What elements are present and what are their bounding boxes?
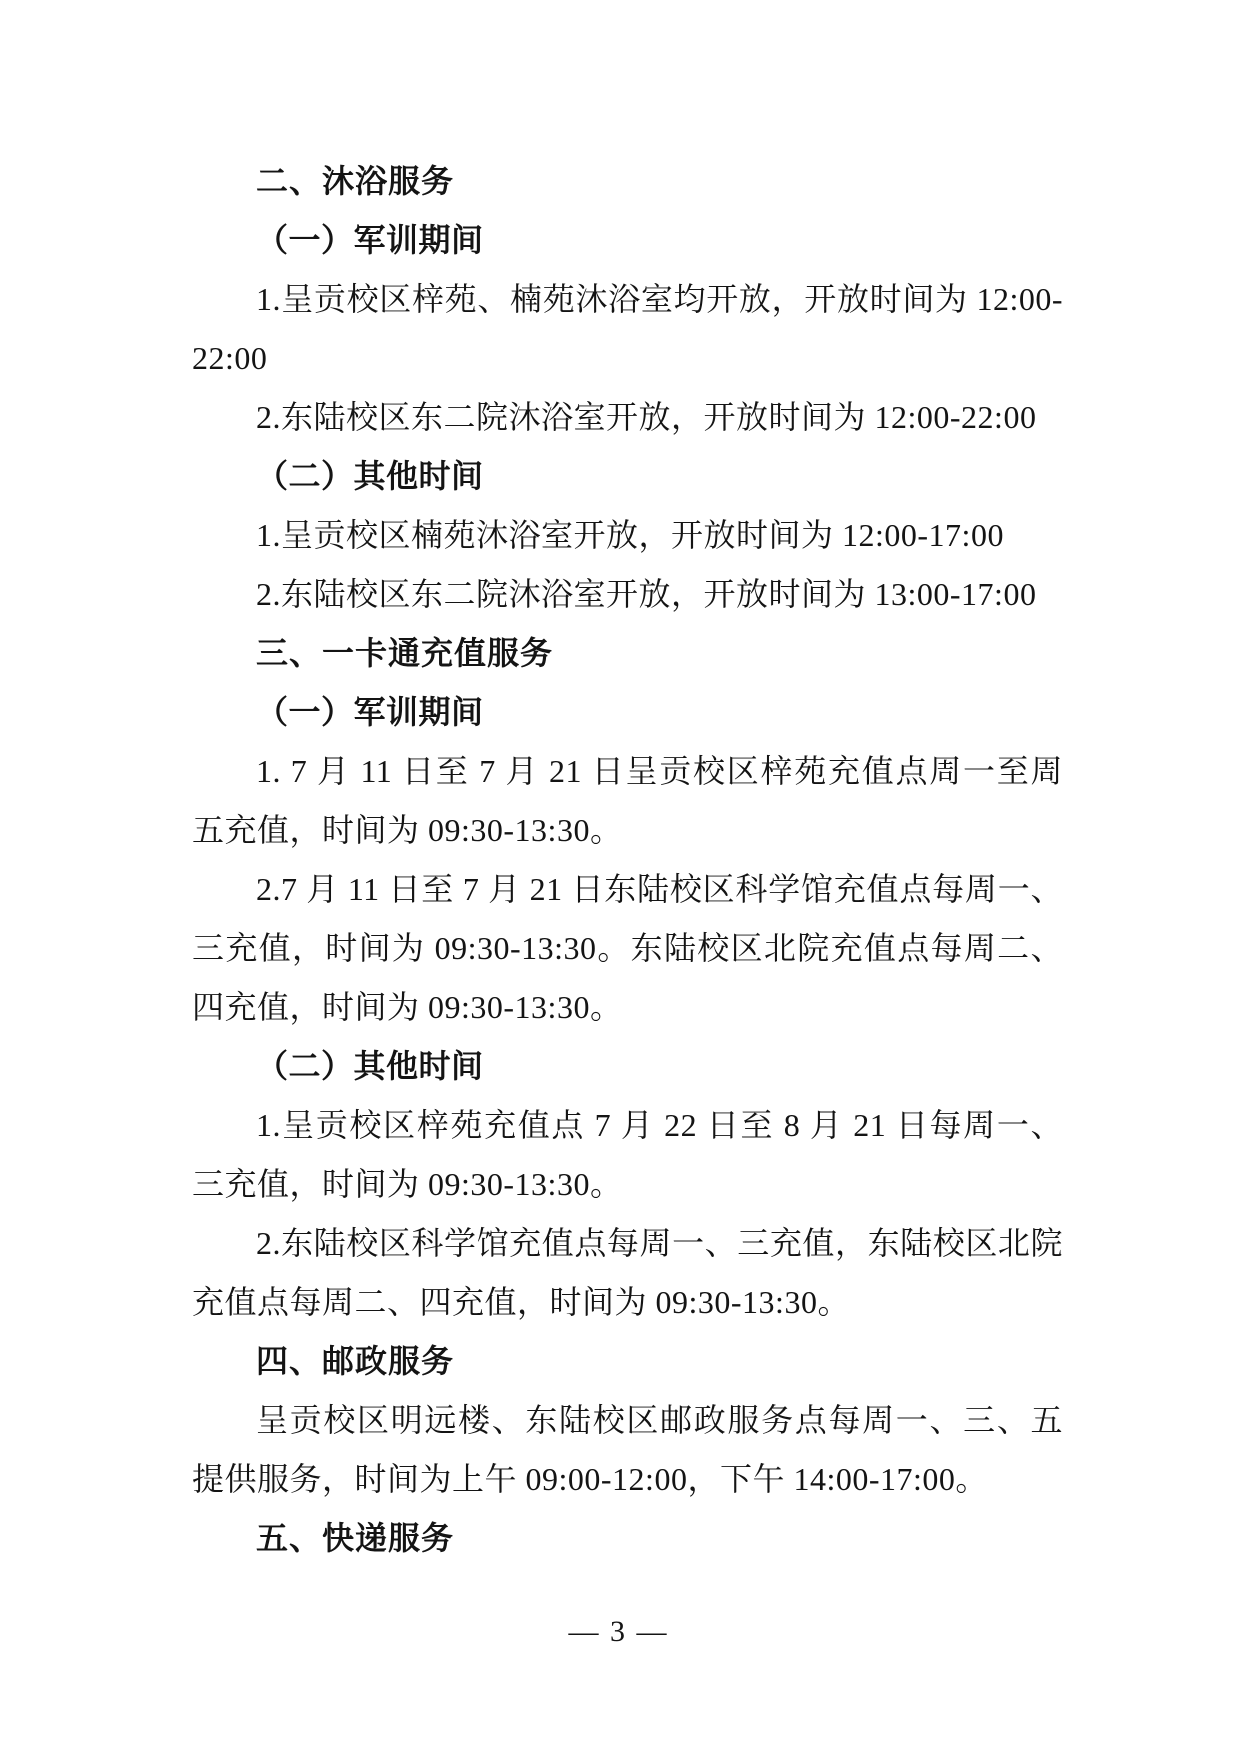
doc-subheading: （一）军训期间 — [192, 683, 1063, 742]
doc-heading: 四、邮政服务 — [192, 1332, 1063, 1391]
doc-subheading: （二）其他时间 — [192, 447, 1063, 506]
doc-paragraph: 2.东陆校区科学馆充值点每周一、三充值，东陆校区北院充值点每周二、四充值，时间为… — [192, 1214, 1063, 1332]
doc-subheading: （一）军训期间 — [192, 211, 1063, 270]
doc-paragraph: 1. 7 月 11 日至 7 月 21 日呈贡校区梓苑充值点周一至周五充值，时间… — [192, 742, 1063, 860]
page-background: 二、沐浴服务 （一）军训期间 1.呈贡校区梓苑、楠苑沐浴室均开放，开放时间为 1… — [0, 0, 1237, 1752]
doc-heading: 二、沐浴服务 — [192, 152, 1063, 211]
scanned-document-page: { "document": { "paragraphs": [ { "type"… — [0, 0, 1237, 1752]
doc-paragraph: 1.呈贡校区梓苑充值点 7 月 22 日至 8 月 21 日每周一、三充值，时间… — [192, 1096, 1063, 1214]
page-number: — 3 — — [0, 1612, 1237, 1652]
doc-subheading: （二）其他时间 — [192, 1037, 1063, 1096]
doc-paragraph: 2.东陆校区东二院沐浴室开放，开放时间为 13:00-17:00 — [192, 565, 1063, 624]
doc-heading: 五、快递服务 — [192, 1509, 1063, 1568]
doc-paragraph: 1.呈贡校区楠苑沐浴室开放，开放时间为 12:00-17:00 — [192, 506, 1063, 565]
doc-paragraph: 2.7 月 11 日至 7 月 21 日东陆校区科学馆充值点每周一、三充值，时间… — [192, 860, 1063, 1037]
document-body: 二、沐浴服务 （一）军训期间 1.呈贡校区梓苑、楠苑沐浴室均开放，开放时间为 1… — [192, 152, 1063, 1568]
doc-paragraph: 2.东陆校区东二院沐浴室开放，开放时间为 12:00-22:00 — [192, 388, 1063, 447]
doc-heading: 三、一卡通充值服务 — [192, 624, 1063, 683]
doc-paragraph: 1.呈贡校区梓苑、楠苑沐浴室均开放，开放时间为 12:00-22:00 — [192, 270, 1063, 388]
doc-paragraph: 呈贡校区明远楼、东陆校区邮政服务点每周一、三、五提供服务，时间为上午 09:00… — [192, 1391, 1063, 1509]
